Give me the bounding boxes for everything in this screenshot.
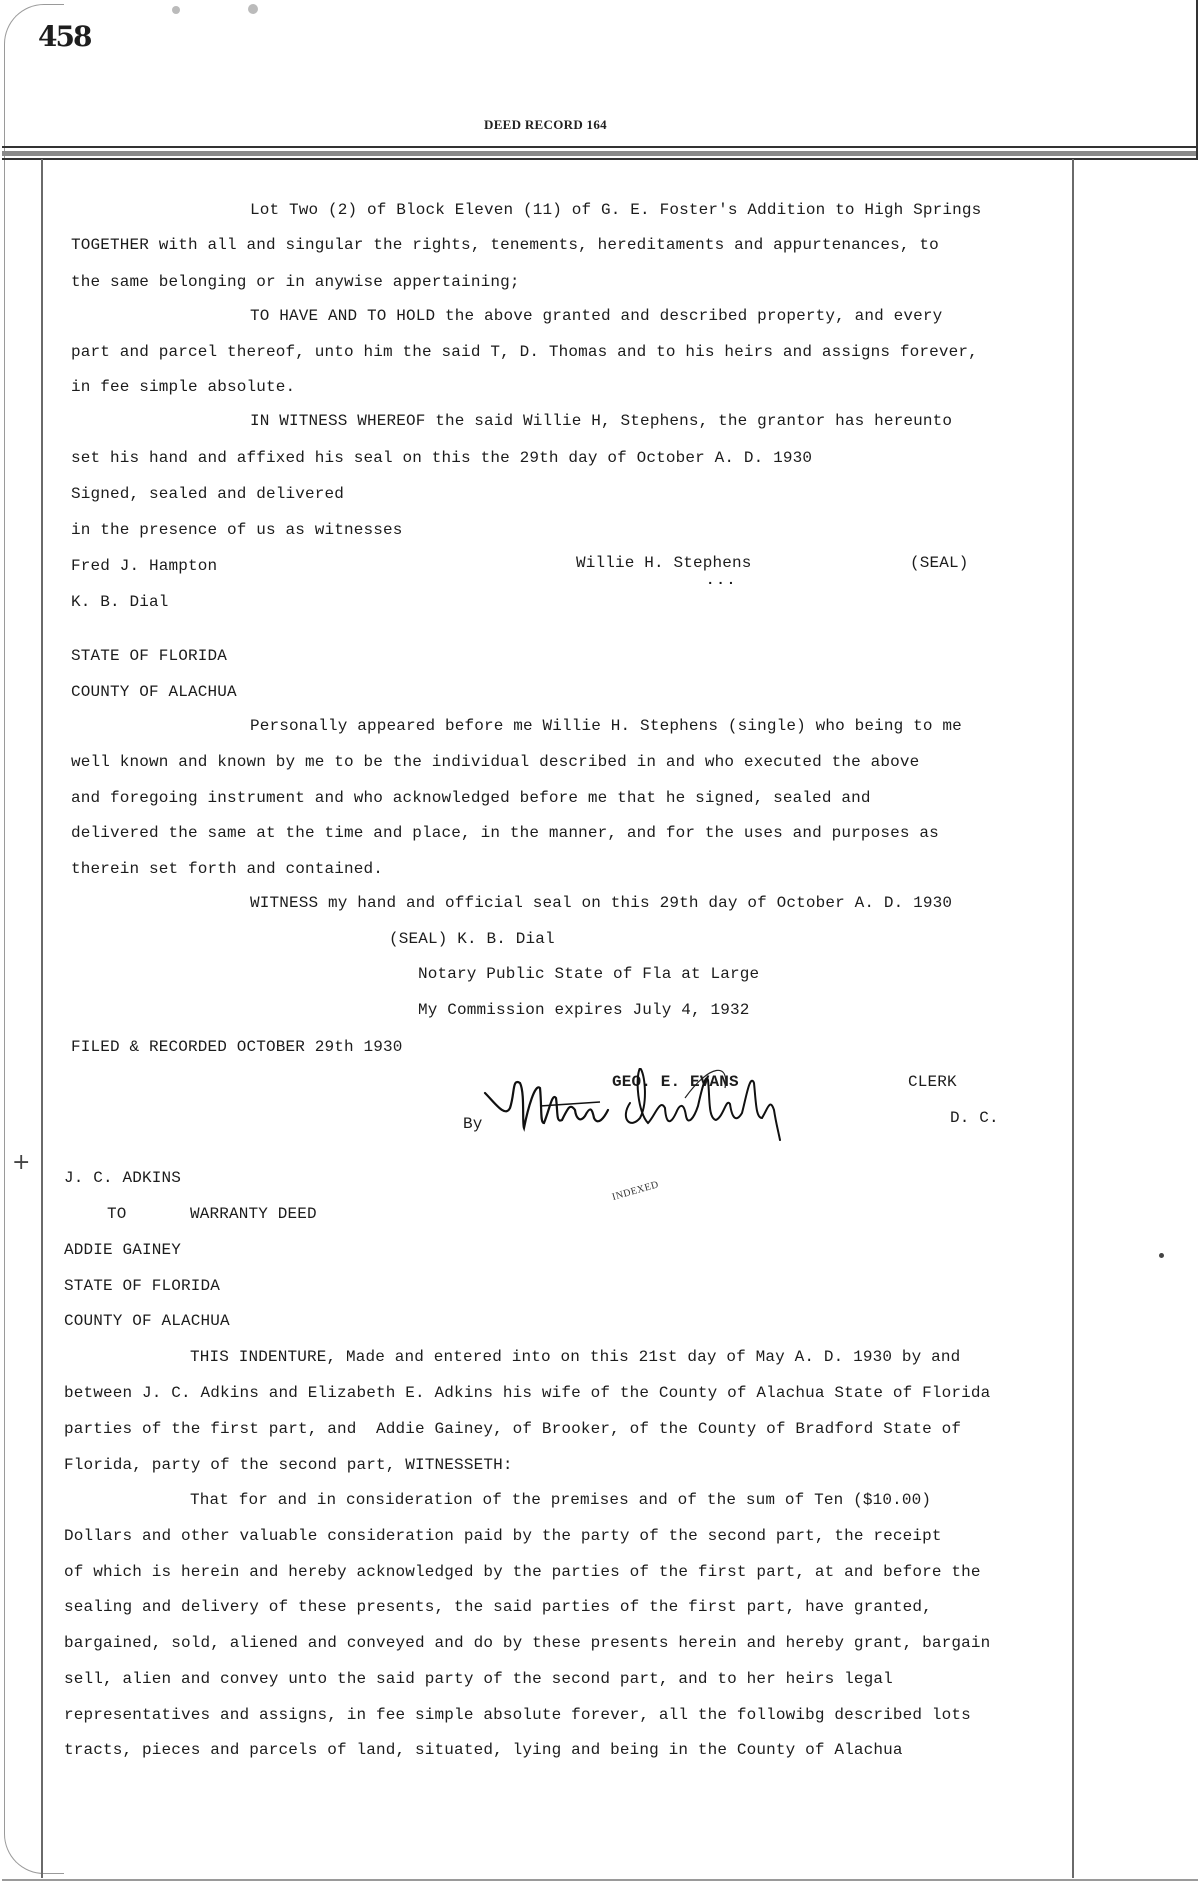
ack-line: Personally appeared before me Willie H. …: [250, 716, 962, 736]
deed2-to-label: TO: [107, 1204, 127, 1224]
deed2-state: STATE OF FLORIDA: [64, 1276, 220, 1296]
signature-dots: ...: [706, 573, 737, 589]
notary-commission: My Commission expires July 4, 1932: [418, 1000, 750, 1020]
page-number: 458: [38, 20, 90, 53]
deed2-grantee: ADDIE GAINEY: [64, 1240, 181, 1260]
deed1-line: Signed, sealed and delivered: [71, 484, 344, 504]
header-rule-band: [2, 151, 1198, 156]
indexed-stamp: INDEXED: [611, 1179, 660, 1203]
seal-label: (SEAL): [910, 553, 969, 573]
deed2-county: COUNTY OF ALACHUA: [64, 1311, 230, 1331]
ack-line: WITNESS my hand and official seal on thi…: [250, 893, 952, 913]
ack-line: and foregoing instrument and who acknowl…: [71, 788, 871, 808]
deed1-line: TOGETHER with all and singular the right…: [71, 235, 939, 255]
header-rule-top: [2, 146, 1198, 148]
deed2-type: WARRANTY DEED: [190, 1204, 317, 1224]
ack-county: COUNTY OF ALACHUA: [71, 682, 237, 702]
deed2-line: THIS INDENTURE, Made and entered into on…: [190, 1347, 960, 1367]
paper-speck: [248, 4, 258, 14]
clerk-title: CLERK: [908, 1072, 957, 1092]
header-rule-bottom: [2, 158, 1198, 160]
deed2-line: sell, alien and convey unto the said par…: [64, 1669, 893, 1689]
deed2-line: Dollars and other valuable consideration…: [64, 1526, 942, 1546]
deed2-grantor: J. C. ADKINS: [64, 1168, 181, 1188]
page-edge-rule: [1196, 0, 1198, 160]
deed2-line: bargained, sold, aliened and conveyed an…: [64, 1633, 990, 1653]
grantor-signature: Willie H. Stephens: [576, 553, 752, 573]
deed1-line: in the presence of us as witnesses: [71, 520, 403, 540]
deed2-line: sealing and delivery of these presents, …: [64, 1597, 932, 1617]
ack-state: STATE OF FLORIDA: [71, 646, 227, 666]
filed-recorded: FILED & RECORDED OCTOBER 29th 1930: [71, 1037, 403, 1057]
deed2-line: parties of the first part, and Addie Gai…: [64, 1419, 961, 1439]
margin-plus-mark: +: [12, 1150, 30, 1175]
deed1-line: the same belonging or in anywise apperta…: [71, 272, 520, 292]
right-margin-rule: [1072, 159, 1074, 1878]
deed1-line: set his hand and affixed his seal on thi…: [71, 448, 812, 468]
deed2-line: between J. C. Adkins and Elizabeth E. Ad…: [64, 1383, 990, 1403]
running-head: DEED RECORD 164: [484, 117, 607, 133]
ack-line: delivered the same at the time and place…: [71, 823, 939, 843]
deed1-line: Lot Two (2) of Block Eleven (11) of G. E…: [250, 200, 981, 220]
deed1-line: in fee simple absolute.: [71, 377, 295, 397]
deed1-line: IN WITNESS WHEREOF the said Willie H, St…: [250, 411, 952, 431]
deed2-line: Florida, party of the second part, WITNE…: [64, 1455, 513, 1475]
paper-speck: [172, 6, 180, 14]
deed2-line: representatives and assigns, in fee simp…: [64, 1705, 971, 1725]
deputy-title: D. C.: [950, 1108, 999, 1128]
deed2-line: tracts, pieces and parcels of land, situ…: [64, 1740, 903, 1760]
witness-name: K. B. Dial: [71, 592, 169, 612]
ack-line: well known and known by me to be the ind…: [71, 752, 919, 772]
page-edge-curl: [4, 4, 64, 1874]
notary-seal: (SEAL) K. B. Dial: [389, 929, 555, 949]
deputy-clerk-signature: [480, 1068, 800, 1148]
deed2-line: That for and in consideration of the pre…: [190, 1490, 931, 1510]
left-margin-rule: [41, 159, 43, 1878]
witness-name: Fred J. Hampton: [71, 556, 217, 576]
notary-title: Notary Public State of Fla at Large: [418, 964, 759, 984]
ack-line: therein set forth and contained.: [71, 859, 383, 879]
paper-speck: [1159, 1253, 1164, 1258]
deed2-line: of which is herein and hereby acknowledg…: [64, 1562, 981, 1582]
deed1-line: part and parcel thereof, unto him the sa…: [71, 342, 978, 362]
deed1-line: TO HAVE AND TO HOLD the above granted an…: [250, 306, 942, 326]
footer-rule: [2, 1879, 1198, 1881]
